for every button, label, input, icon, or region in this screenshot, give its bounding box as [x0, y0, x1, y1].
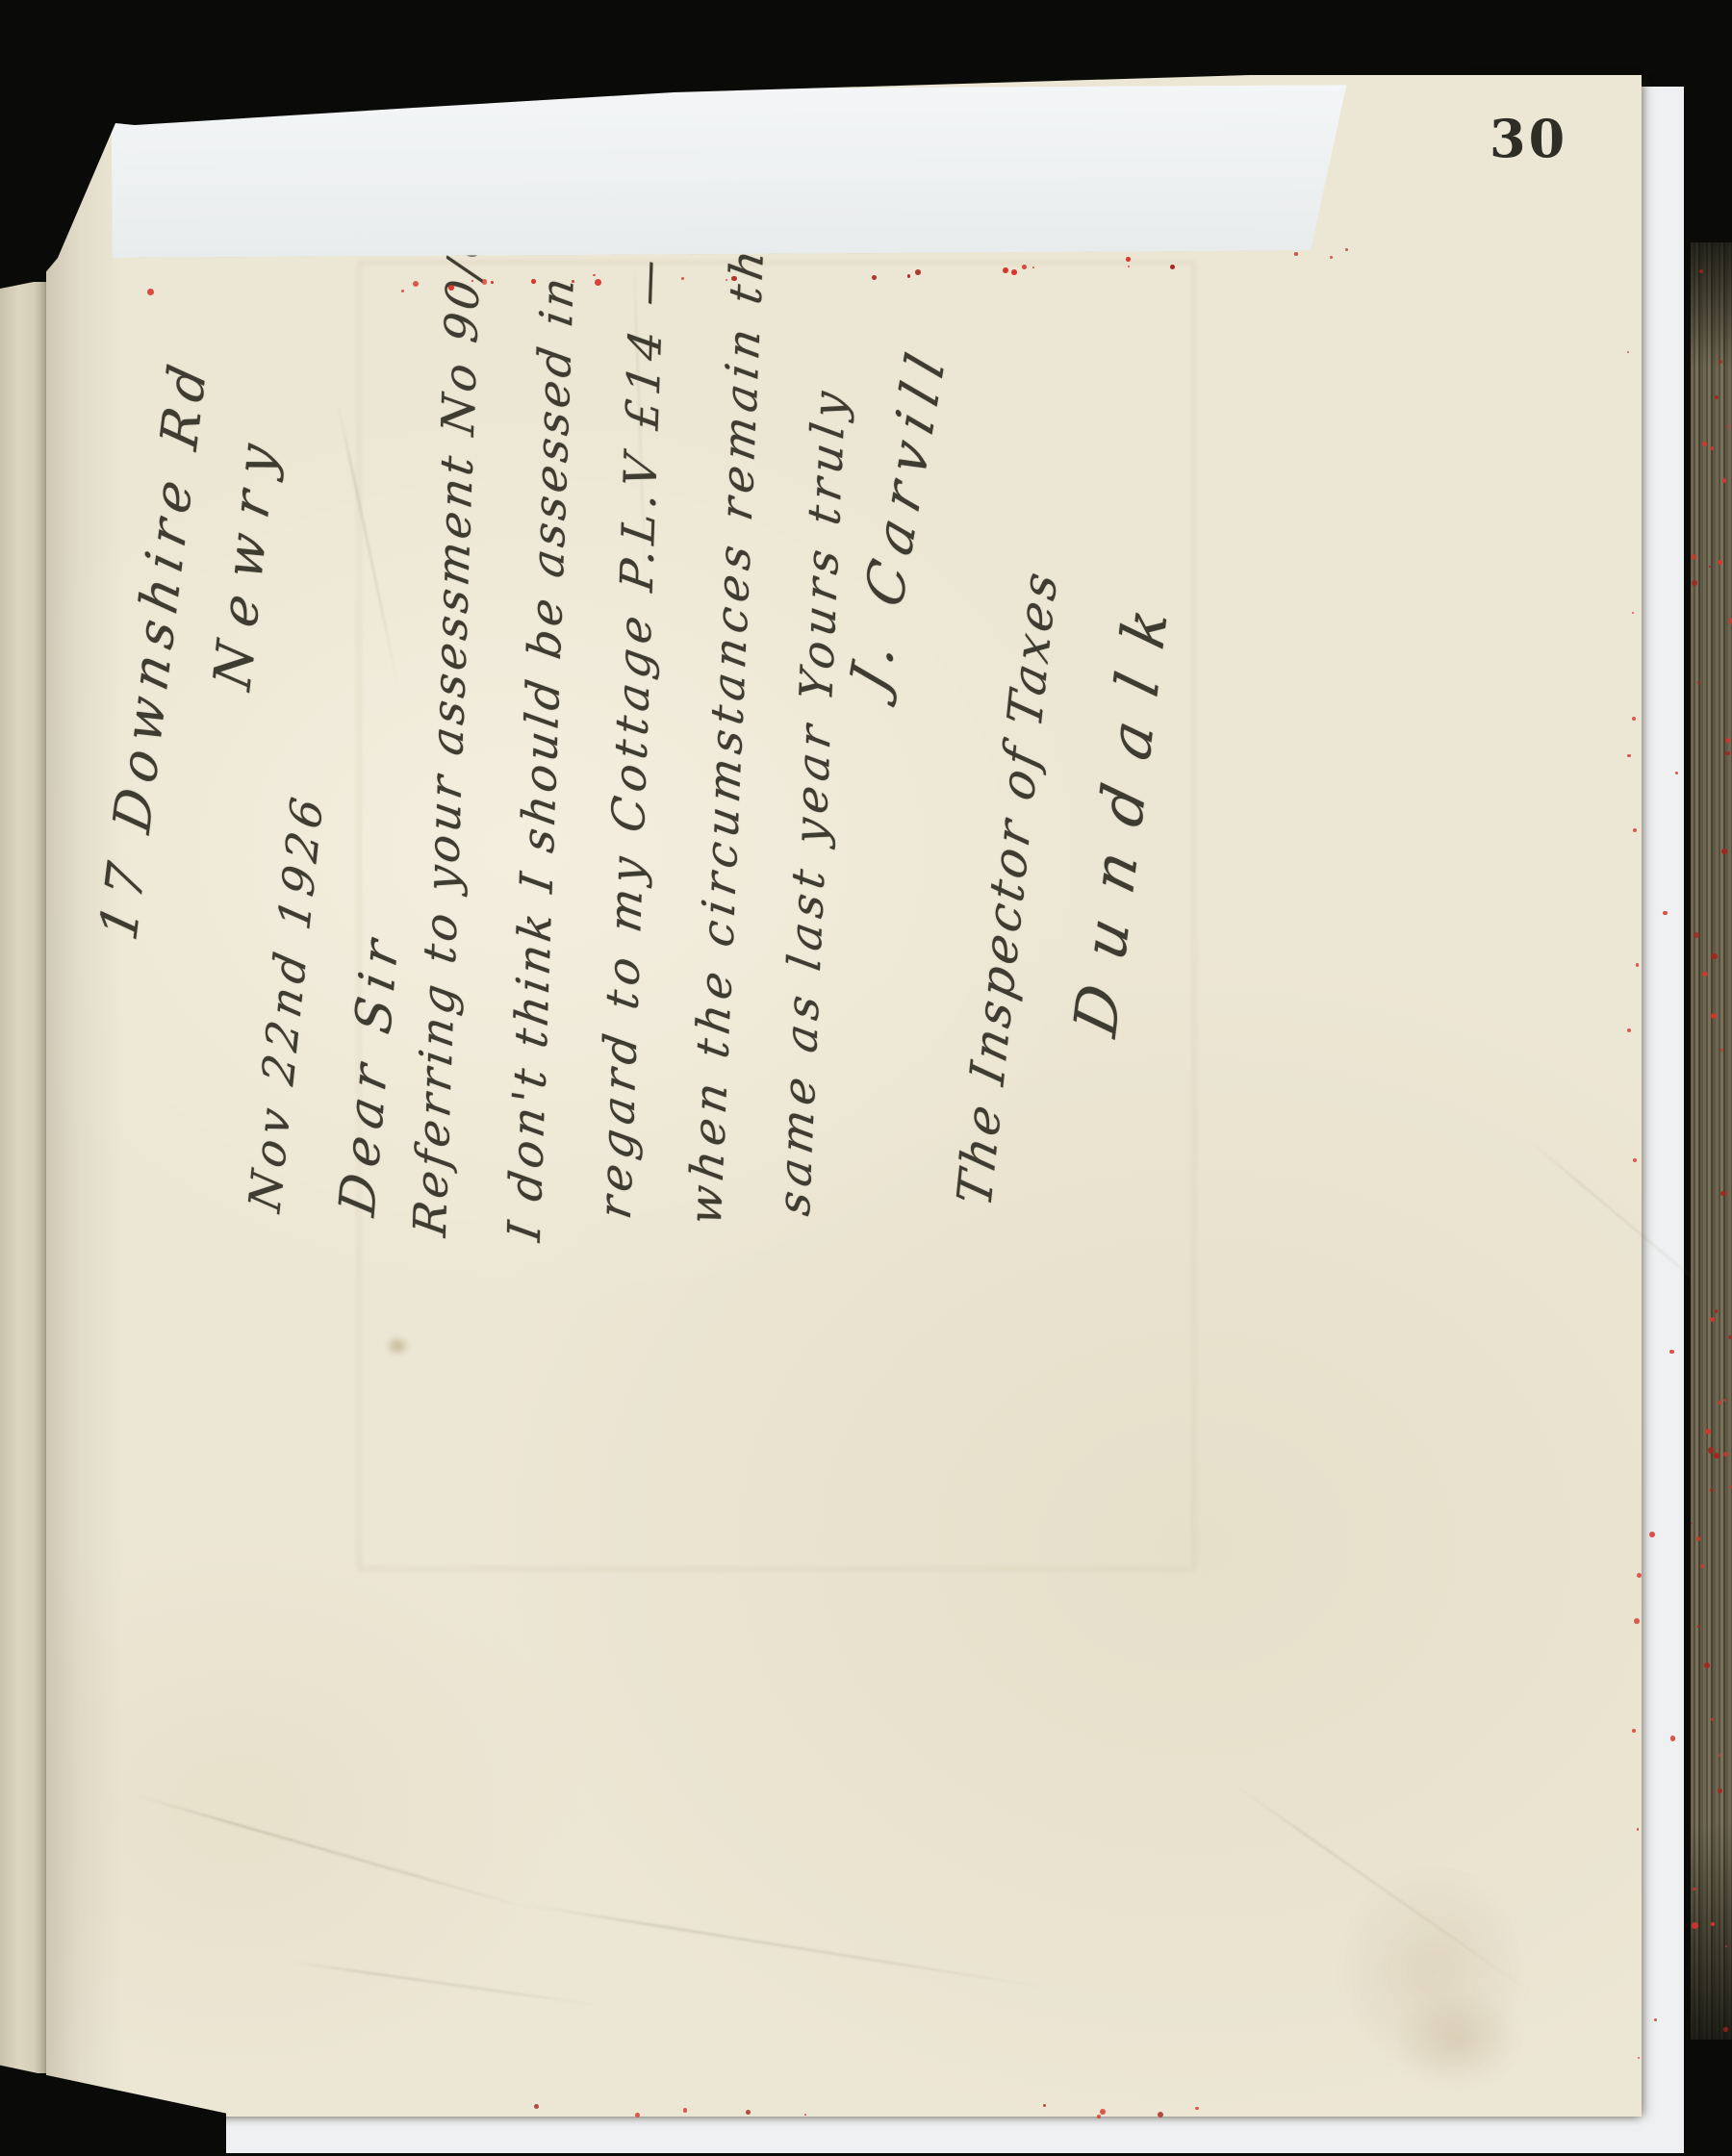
speckle-dot — [1727, 425, 1730, 428]
speckle-dot — [1697, 681, 1700, 684]
speckle-dot — [1003, 267, 1008, 273]
speckle-dot — [907, 274, 910, 277]
speckle-dot — [1097, 2115, 1101, 2118]
speckle-dot — [731, 276, 736, 281]
scanned-letter-page: 17 Downshire Rd Newry Nov 22nd 1926 Dear… — [0, 0, 1732, 2156]
speckle-dot — [531, 279, 536, 284]
speckle-dot — [1294, 252, 1298, 256]
speckle-dot — [1692, 1922, 1698, 1929]
speckle-dot — [1705, 1429, 1711, 1434]
speckle-dot — [1128, 266, 1130, 267]
speckle-dot — [1022, 265, 1027, 269]
speckle-dot — [593, 274, 595, 276]
speckle-dot — [1711, 1718, 1714, 1721]
speckle-dot — [491, 281, 494, 284]
speckle-dot — [872, 275, 877, 280]
speckle-dot — [1710, 1488, 1714, 1492]
speckle-dot — [1126, 257, 1131, 262]
speckle-dot — [1719, 360, 1722, 364]
speckle-dot — [746, 2110, 751, 2115]
speckle-dot — [915, 269, 921, 275]
fore-edge-page-stack — [1691, 242, 1732, 2040]
book-gutter-page-edge — [0, 282, 50, 2073]
speckle-dot — [1711, 953, 1718, 960]
speckle-dot — [1158, 2112, 1163, 2118]
speckle-dot — [1693, 1888, 1695, 1890]
paper-stain — [1395, 1991, 1520, 2088]
speckle-dot — [1715, 1309, 1718, 1312]
speckle-dot — [1649, 1532, 1655, 1537]
speckle-dot — [482, 279, 487, 284]
speckle-dot — [1704, 1662, 1710, 1668]
speckle-dot — [1627, 754, 1631, 758]
speckle-dot — [1718, 560, 1722, 565]
speckle-dot — [448, 285, 454, 291]
speckle-dot — [534, 2104, 539, 2109]
speckle-dot — [1632, 1729, 1636, 1733]
speckle-dot — [1691, 554, 1696, 560]
speckle-dot — [1669, 1350, 1674, 1355]
speckle-dot — [1345, 248, 1348, 251]
speckle-dot — [1633, 1158, 1637, 1162]
speckle-dot — [1723, 2027, 1728, 2032]
speckle-dot — [681, 277, 684, 280]
folio-number: 30 — [1490, 108, 1567, 169]
paper-stain — [385, 1335, 410, 1357]
speckle-dot — [595, 279, 601, 286]
speckle-dot — [1711, 1013, 1717, 1019]
gutter-shadow — [46, 75, 162, 2117]
speckle-dot — [1632, 612, 1634, 614]
speckle-dot — [1729, 1485, 1732, 1488]
speckle-dot — [1637, 1573, 1642, 1578]
speckle-dot — [1636, 963, 1639, 966]
speckle-dot — [1692, 580, 1697, 586]
speckle-dot — [1696, 1536, 1700, 1540]
speckle-dot — [1708, 1447, 1714, 1453]
speckle-dot — [683, 2108, 687, 2112]
speckle-dot — [1725, 751, 1729, 755]
speckle-dot — [413, 281, 419, 287]
speckle-dot — [1719, 1754, 1720, 1756]
speckle-dot — [1711, 1922, 1714, 1925]
speckle-dot — [1718, 1401, 1721, 1405]
speckle-dot — [1330, 256, 1333, 259]
speckle-dot — [1634, 1618, 1640, 1624]
speckle-dot — [1720, 1049, 1723, 1052]
speckle-dot — [1011, 269, 1017, 275]
speckle-dot — [1170, 265, 1175, 269]
speckle-dot — [1714, 1453, 1719, 1458]
